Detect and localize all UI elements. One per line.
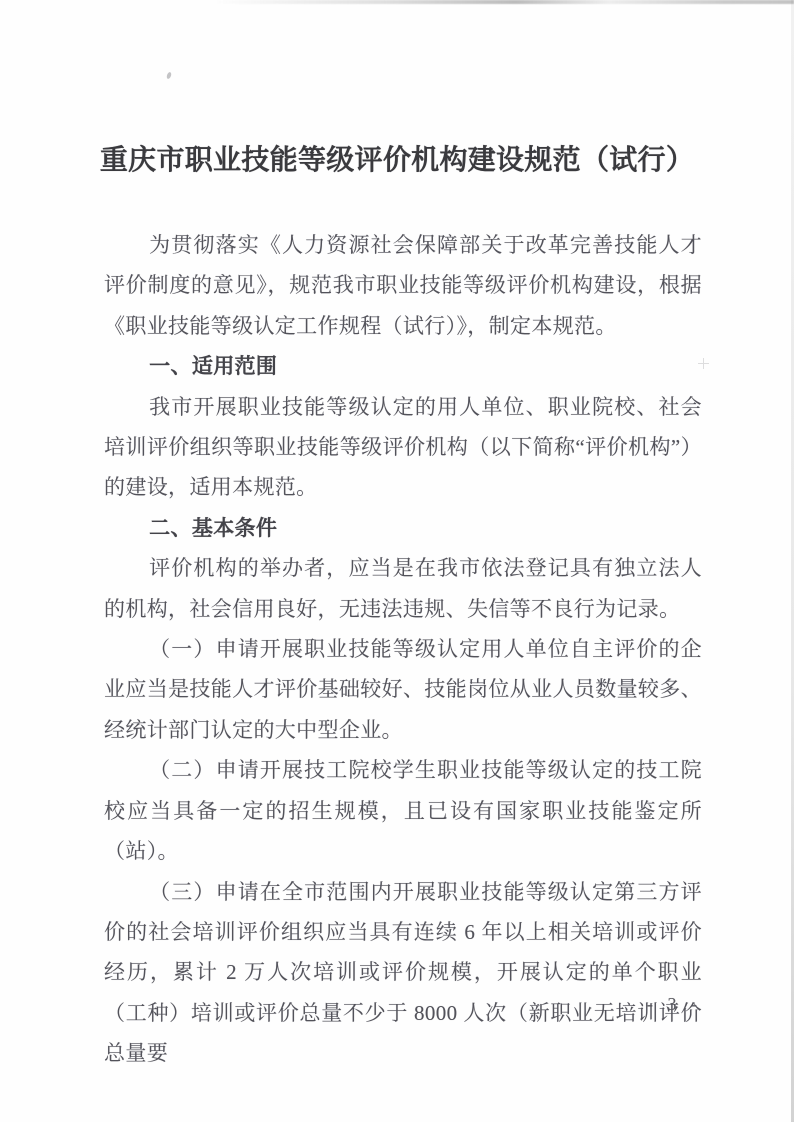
document-title: 重庆市职业技能等级评价机构建设规范（试行） <box>0 0 794 181</box>
paragraph-preamble: 为贯彻落实《人力资源社会保障部关于改革完善技能人才评价制度的意见》，规范我市职业… <box>104 225 702 346</box>
paragraph-item-2: （二）申请开展技工院校学生职业技能等级认定的技工院校应当具备一定的招生规模，且已… <box>104 750 702 871</box>
scan-pencil-mark <box>698 358 709 369</box>
section-heading-basic-conditions: 二、基本条件 <box>104 508 702 548</box>
scan-top-edge-artifact <box>215 0 794 4</box>
page-number: - 3 - <box>647 994 702 1015</box>
document-body: 为贯彻落实《人力资源社会保障部关于改革完善技能人才评价制度的意见》，规范我市职业… <box>104 225 702 1074</box>
scanned-document-page: 重庆市职业技能等级评价机构建设规范（试行） 为贯彻落实《人力资源社会保障部关于改… <box>0 0 794 1122</box>
paragraph-scope: 我市开展职业技能等级认定的用人单位、职业院校、社会培训评价组织等职业技能等级评价… <box>104 387 702 508</box>
paragraph-item-1: （一）申请开展职业技能等级认定用人单位自主评价的企业应当是技能人才评价基础较好、… <box>104 629 702 750</box>
section-heading-scope: 一、适用范围 <box>104 346 702 386</box>
paragraph-basic-conditions-intro: 评价机构的举办者，应当是在我市依法登记具有独立法人的机构，社会信用良好，无违法违… <box>104 548 702 629</box>
paragraph-item-3: （三）申请在全市范围内开展职业技能等级认定第三方评价的社会培训评价组织应当具有连… <box>104 872 702 1074</box>
